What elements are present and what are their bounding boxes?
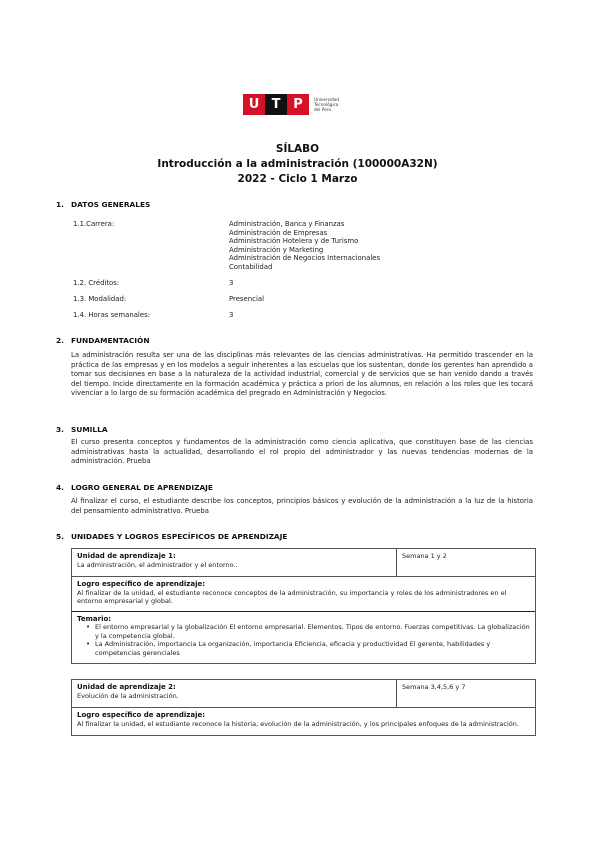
logro-label: Logro específico de aprendizaje: [77, 580, 205, 588]
unit-title-cell: Unidad de aprendizaje 2: Evolución de la… [72, 680, 397, 707]
logo-letter-u: U [243, 94, 265, 115]
doc-type: SÍLABO [0, 142, 595, 157]
temario-item: La Administración, importancia La organi… [95, 640, 530, 657]
unit-title: Evolución de la administración. [77, 692, 179, 700]
course-name: Introducción a la administración (100000… [0, 157, 595, 172]
sumilla-text: El curso presenta conceptos y fundamento… [71, 438, 533, 467]
unit-label: Unidad de aprendizaje 2: [77, 683, 176, 691]
utp-logo: U T P Universidad Tecnológica del Perú [243, 94, 339, 115]
logo-letter-t: T [265, 94, 287, 115]
carrera-item: Administración de Empresas [229, 229, 380, 238]
carrera-label: 1.1.Carrera: [73, 220, 114, 228]
carrera-item: Administración de Negocios Internacional… [229, 254, 380, 263]
fundamentacion-text: La administración resulta ser una de las… [71, 351, 533, 399]
unit-label: Unidad de aprendizaje 1: [77, 552, 176, 560]
section-heading-unidades: 5.UNIDADES Y LOGROS ESPECÍFICOS DE APREN… [56, 532, 287, 541]
section-heading-logro-general: 4.LOGRO GENERAL DE APRENDIZAJE [56, 483, 213, 492]
unit-title: La administración, el administrador y el… [77, 561, 238, 569]
temario-label: Temario: [77, 615, 111, 623]
logo-letter-p: P [287, 94, 309, 115]
creditos-label: 1.2. Créditos: [73, 279, 119, 287]
carrera-item: Administración y Marketing [229, 246, 380, 255]
carrera-item: Contabilidad [229, 263, 380, 272]
temario-item: El entorno empresarial y la globalizació… [95, 623, 530, 640]
unit-card-2: Unidad de aprendizaje 2: Evolución de la… [71, 679, 536, 736]
temario-list: El entorno empresarial y la globalizació… [77, 623, 530, 657]
logro-text: Al finalizar la unidad, el estudiante re… [77, 720, 519, 728]
horas-label: 1.4. Horas semanales: [73, 311, 150, 319]
period: 2022 - Ciclo 1 Marzo [0, 172, 595, 187]
unit-weeks: Semana 1 y 2 [397, 549, 535, 576]
unit-logro-cell: Logro específico de aprendizaje: Al fina… [72, 708, 524, 735]
logro-label: Logro específico de aprendizaje: [77, 711, 205, 719]
logo-university-name: Universidad Tecnológica del Perú [314, 97, 339, 112]
section-heading-sumilla: 3.SUMILLA [56, 425, 108, 434]
section-heading-fundamentacion: 2.FUNDAMENTACIÓN [56, 336, 150, 345]
unit-title-cell: Unidad de aprendizaje 1: La administraci… [72, 549, 397, 576]
unit-card-1: Unidad de aprendizaje 1: La administraci… [71, 548, 536, 664]
modalidad-value: Presencial [229, 295, 264, 304]
logro-text: Al finalizar de la unidad, el estudiante… [77, 589, 506, 606]
carrera-item: Administración, Banca y Finanzas [229, 220, 380, 229]
modalidad-label: 1.3. Modalidad: [73, 295, 126, 303]
section-heading-datos-generales: 1.DATOS GENERALES [56, 200, 150, 209]
logro-general-text: Al finalizar el curso, el estudiante des… [71, 497, 533, 516]
unit-weeks: Semana 3,4,5,6 y 7 [397, 680, 535, 707]
creditos-value: 3 [229, 279, 233, 288]
unit-logro-cell: Logro específico de aprendizaje: Al fina… [72, 577, 535, 611]
carrera-item: Administración Hotelera y de Turismo [229, 237, 380, 246]
unit-temario-cell: Temario: El entorno empresarial y la glo… [72, 612, 535, 664]
document-title: SÍLABO Introducción a la administración … [0, 142, 595, 187]
carrera-list: Administración, Banca y Finanzas Adminis… [229, 220, 380, 272]
horas-value: 3 [229, 311, 233, 320]
